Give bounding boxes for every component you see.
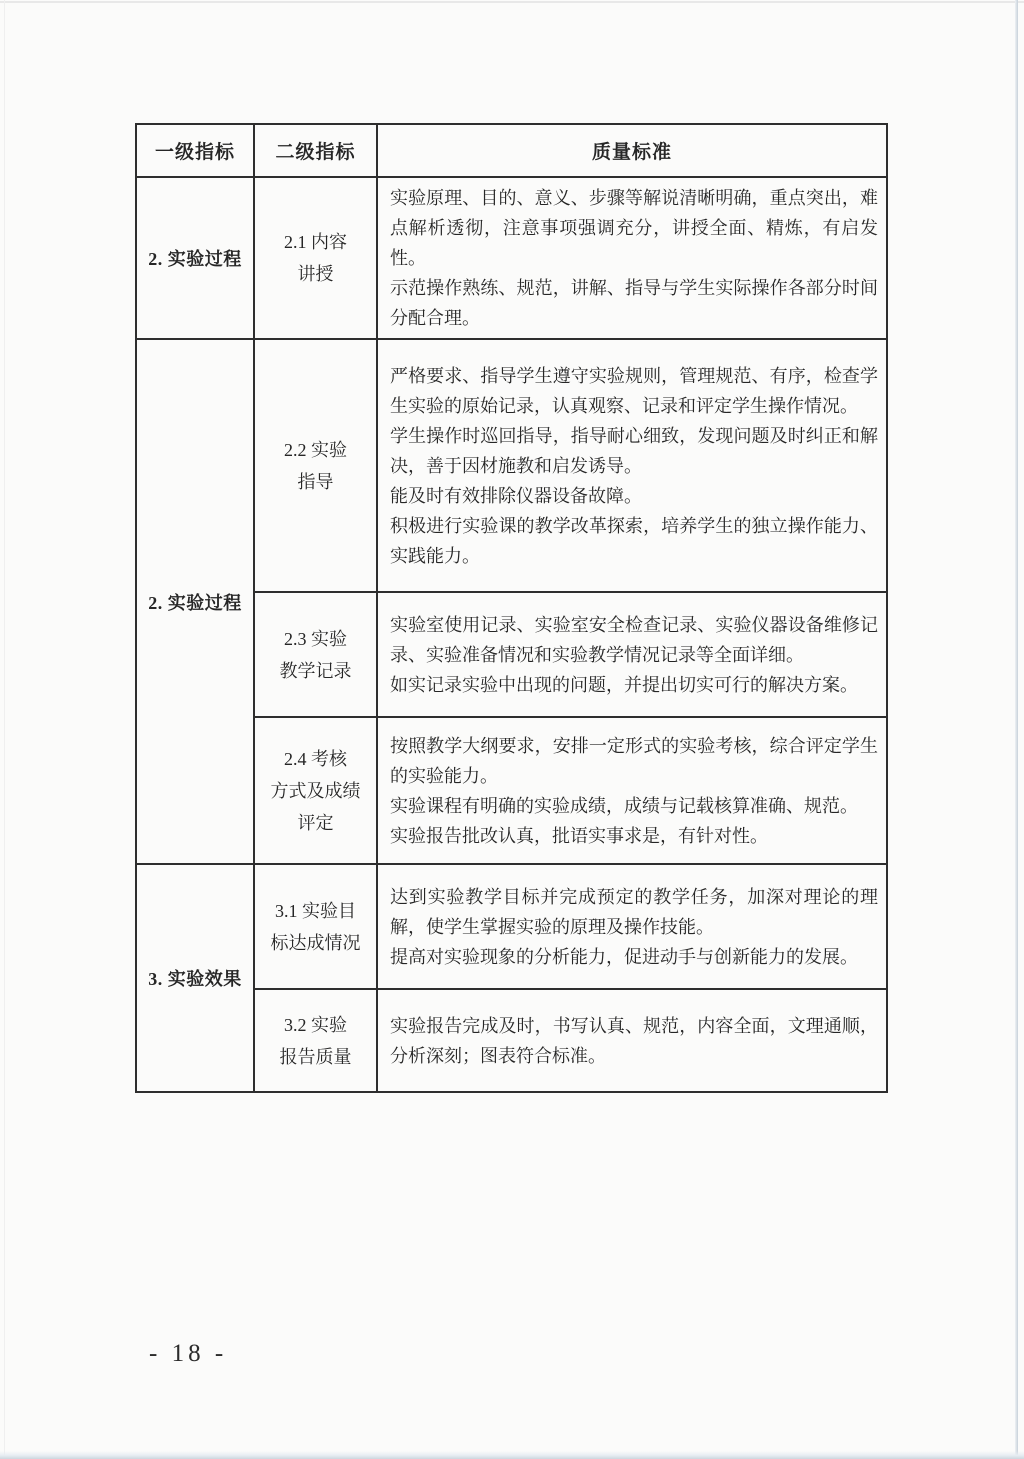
table-row: 3. 实验效果 3.1 实验目 标达成情况 达到实验教学目标并完成预定的教学任务… — [136, 864, 887, 989]
cell-level2-2-3: 2.3 实验 教学记录 — [254, 592, 377, 717]
cell-level1-experiment-effect: 3. 实验效果 — [136, 864, 254, 1092]
header-level2-indicator: 二级指标 — [254, 124, 377, 177]
cell-standard-2-2: 严格要求、指导学生遵守实验规则，管理规范、有序，检查学生实验的原始记录，认真观察… — [377, 339, 887, 592]
evaluation-criteria-table: 一级指标 二级指标 质量标准 2. 实验过程 2.1 内容 讲授 实验原理、目的… — [135, 123, 888, 1093]
scan-edge-top — [0, 1, 1024, 3]
table-row: 2. 实验过程 2.2 实验 指导 严格要求、指导学生遵守实验规则，管理规范、有… — [136, 339, 887, 592]
header-quality-standard: 质量标准 — [377, 124, 887, 177]
cell-level1-experiment-process-a: 2. 实验过程 — [136, 177, 254, 339]
cell-level2-2-1: 2.1 内容 讲授 — [254, 177, 377, 339]
scan-edge-right — [1015, 0, 1018, 1459]
table-header-row: 一级指标 二级指标 质量标准 — [136, 124, 887, 177]
table-row: 2. 实验过程 2.1 内容 讲授 实验原理、目的、意义、步骤等解说清晰明确，重… — [136, 177, 887, 339]
scan-edge-bottom — [0, 1451, 1024, 1459]
header-level1-indicator: 一级指标 — [136, 124, 254, 177]
page-number: - 18 - — [149, 1340, 227, 1368]
cell-level2-3-2: 3.2 实验 报告质量 — [254, 989, 377, 1092]
cell-standard-2-4: 按照教学大纲要求，安排一定形式的实验考核，综合评定学生的实验能力。 实验课程有明… — [377, 717, 887, 864]
cell-level2-3-1: 3.1 实验目 标达成情况 — [254, 864, 377, 989]
cell-level2-2-2: 2.2 实验 指导 — [254, 339, 377, 592]
scan-edge-left — [4, 0, 5, 1459]
cell-standard-2-3: 实验室使用记录、实验室安全检查记录、实验仪器设备维修记录、实验准备情况和实验教学… — [377, 592, 887, 717]
cell-standard-3-1: 达到实验教学目标并完成预定的教学任务，加深对理论的理解，使学生掌握实验的原理及操… — [377, 864, 887, 989]
cell-level1-experiment-process-b: 2. 实验过程 — [136, 339, 254, 864]
cell-level2-2-4: 2.4 考核 方式及成绩 评定 — [254, 717, 377, 864]
cell-standard-3-2: 实验报告完成及时，书写认真、规范，内容全面，文理通顺，分析深刻；图表符合标准。 — [377, 989, 887, 1092]
cell-standard-2-1: 实验原理、目的、意义、步骤等解说清晰明确，重点突出，难点解析透彻，注意事项强调充… — [377, 177, 887, 339]
document-page: 一级指标 二级指标 质量标准 2. 实验过程 2.1 内容 讲授 实验原理、目的… — [0, 0, 1024, 1459]
